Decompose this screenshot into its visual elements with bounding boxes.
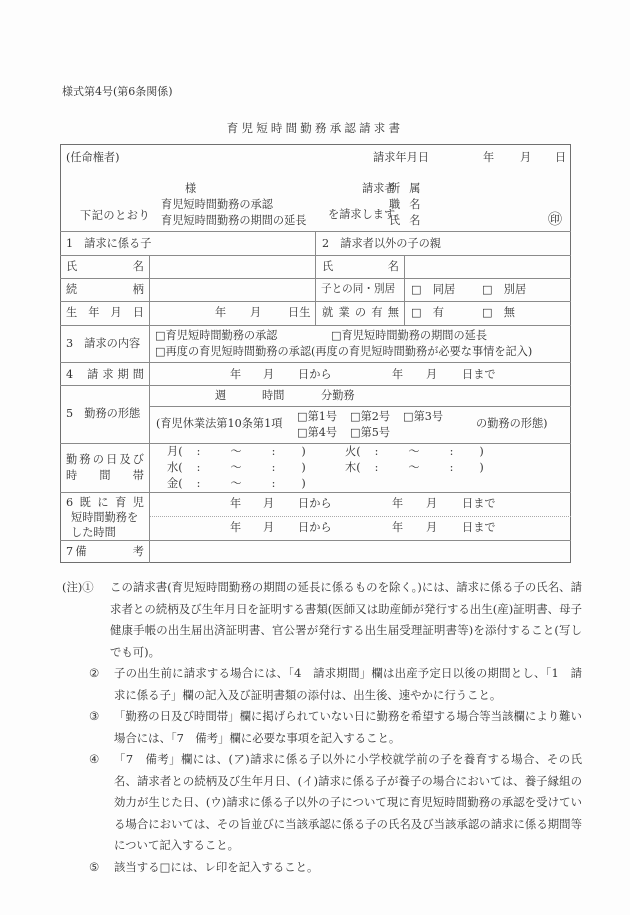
prior-period1-from-day[interactable]: 日から <box>298 498 332 509</box>
cohabit-option-together[interactable]: □ 同居 <box>411 284 455 295</box>
option-item-3[interactable]: □第3号 <box>403 411 443 422</box>
parent-name-label: 氏名 <box>322 261 399 272</box>
cohabit-label: 子との同・別居 <box>321 284 395 295</box>
prior-period2-from-day[interactable]: 日から <box>298 522 332 533</box>
option-item-1[interactable]: □第1号 <box>297 411 337 422</box>
birth-month[interactable]: 月 <box>250 307 261 318</box>
option-approval[interactable]: 育児短時間勤務の承認 <box>161 199 273 210</box>
period-to-month[interactable]: 月 <box>426 369 437 380</box>
prior-period1-from-month[interactable]: 月 <box>263 498 274 509</box>
request-date-month[interactable]: 月 <box>520 152 531 163</box>
option-extension[interactable]: 育児短時間勤務の期間の延長 <box>161 215 306 226</box>
note-3: ③ 「勤務の日及び時間帯」欄に掲げられていない日に勤務を希望する場合等当該欄によ… <box>62 706 582 749</box>
section6-label-line1: 6既に育児 <box>66 497 144 508</box>
prior-period2-to-day[interactable]: 日まで <box>462 522 496 533</box>
note-5: ⑤ 該当する□には、レ印を記入すること。 <box>62 857 582 879</box>
affiliation-label: 所属 <box>389 183 420 194</box>
note-1: (注)① この請求書(育児短時間勤務の期間の延長に係るものを除く。)には、請求に… <box>62 577 582 663</box>
request-date-day[interactable]: 日 <box>555 152 566 163</box>
section3-label: 3 請求の内容 <box>66 338 140 349</box>
divider <box>60 325 571 326</box>
divider <box>60 362 571 363</box>
divider <box>404 255 405 325</box>
option-item-4[interactable]: □第4号 <box>297 427 337 438</box>
remarks-field[interactable] <box>151 542 569 562</box>
page-title: 育児短時間勤務承認請求書 <box>0 123 630 135</box>
prior-period2-to-month[interactable]: 月 <box>426 522 437 533</box>
divider <box>149 406 571 407</box>
week-label: 週 <box>215 390 226 401</box>
schedule-wednesday[interactable]: 水(:～:) <box>167 462 306 473</box>
hours-label[interactable]: 時間 <box>262 390 284 401</box>
prior-period1-to-day[interactable]: 日まで <box>462 498 496 509</box>
sama-label: 様 <box>185 183 196 194</box>
section5-label: 5 勤務の形態 <box>66 408 140 419</box>
request-option-extension[interactable]: □育児短時間勤務の期間の延長 <box>331 330 487 341</box>
child-name-field[interactable] <box>151 257 313 277</box>
section2-heading: 2 請求者以外の子の親 <box>322 238 441 249</box>
divider <box>149 516 571 517</box>
birth-day[interactable]: 日生 <box>288 307 310 318</box>
divider <box>149 325 150 563</box>
note-4: ④ 「7 備考」欄には、(ア)請求に係る子以外に小学校就学前の子を養育する場合、… <box>62 749 582 857</box>
prior-period1-from-year[interactable]: 年 <box>230 498 241 509</box>
birth-year[interactable]: 年 <box>215 307 226 318</box>
divider <box>60 443 571 444</box>
child-relation-label: 続柄 <box>66 284 144 295</box>
cohabit-option-separate[interactable]: □ 別居 <box>482 284 526 295</box>
prior-period1-to-year[interactable]: 年 <box>392 498 403 509</box>
period-to-day[interactable]: 日まで <box>462 369 496 380</box>
employment-option-yes[interactable]: □ 有 <box>411 307 444 318</box>
employment-label: 就業の有無 <box>322 307 399 318</box>
schedule-tuesday[interactable]: 火(:～:) <box>345 446 484 457</box>
law-reference: (育児休業法第10条第1項 <box>156 418 282 429</box>
prior-period2-from-month[interactable]: 月 <box>263 522 274 533</box>
as-follows-label: 下記のとおり <box>80 210 150 221</box>
divider <box>60 492 571 493</box>
divider <box>60 540 571 541</box>
section6-label-line2: 短時間勤務を <box>71 512 138 523</box>
period-from-day[interactable]: 日から <box>298 369 332 380</box>
request-verb: を請求します。 <box>328 209 405 220</box>
note-2: ② 子の出生前に請求する場合には、「4 請求期間」欄は出産予定日以後の期間とし、… <box>62 663 582 706</box>
request-option-reapproval[interactable]: □再度の育児短時間勤務の承認(再度の育児短時間勤務が必要な事情を記入) <box>155 346 532 357</box>
appointer-label: (任命権者) <box>66 152 119 163</box>
child-relation-field[interactable] <box>151 280 313 300</box>
notes: (注)① この請求書(育児短時間勤務の期間の延長に係るものを除く。)には、請求に… <box>62 577 582 878</box>
request-option-approval[interactable]: □育児短時間勤務の承認 <box>155 330 277 341</box>
request-date-label: 請求年月日 <box>373 152 429 163</box>
section7-label: 7備考 <box>66 546 144 557</box>
schedule-label-line2: 時間帯 <box>66 470 144 481</box>
prior-period2-to-year[interactable]: 年 <box>392 522 403 533</box>
work-form-suffix: の勤務の形態) <box>476 418 548 429</box>
form-id: 様式第4号(第6条関係) <box>62 86 173 97</box>
schedule-monday[interactable]: 月(:～:) <box>167 446 306 457</box>
period-from-month[interactable]: 月 <box>263 369 274 380</box>
option-item-2[interactable]: □第2号 <box>350 411 390 422</box>
schedule-friday[interactable]: 金(:～:) <box>167 478 306 489</box>
schedule-thursday[interactable]: 木(:～:) <box>345 462 484 473</box>
divider <box>315 231 316 325</box>
prior-period2-from-year[interactable]: 年 <box>230 522 241 533</box>
minutes-label[interactable]: 分勤務 <box>321 390 355 401</box>
employment-option-no[interactable]: □ 無 <box>482 307 515 318</box>
request-date-year[interactable]: 年 <box>483 152 494 163</box>
child-birthdate-label: 生年月日 <box>66 307 144 318</box>
period-from-year[interactable]: 年 <box>230 369 241 380</box>
divider <box>60 385 571 386</box>
parent-name-field[interactable] <box>406 257 569 277</box>
section6-label-line3: した時間 <box>71 527 116 538</box>
period-to-year[interactable]: 年 <box>392 369 403 380</box>
section4-label: 4請求期間 <box>66 369 144 380</box>
section1-heading: 1 請求に係る子 <box>66 238 151 249</box>
schedule-label-line1: 勤務の日及び <box>66 454 144 465</box>
option-item-5[interactable]: □第5号 <box>350 427 390 438</box>
child-name-label: 氏名 <box>66 261 144 272</box>
prior-period1-to-month[interactable]: 月 <box>426 498 437 509</box>
divider <box>149 255 150 325</box>
seal-icon: ㊞ <box>548 213 562 227</box>
